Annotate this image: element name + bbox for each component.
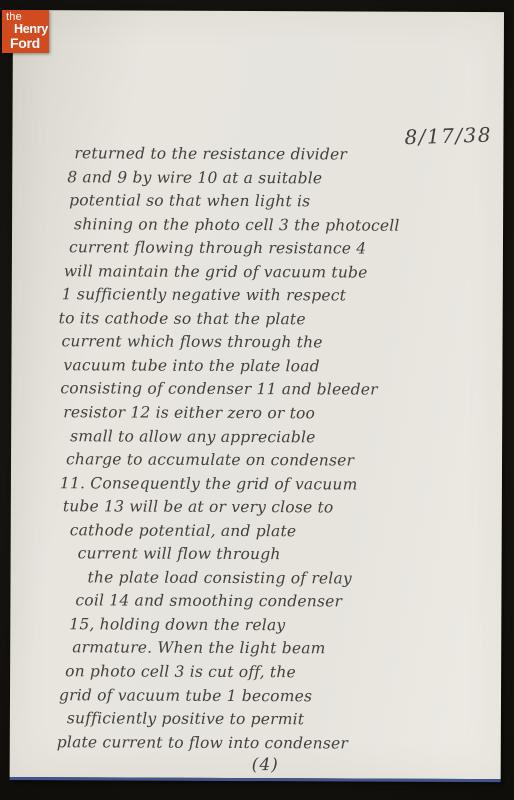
- handwriting-line: on photo cell 3 is cut off, the: [65, 660, 504, 685]
- handwriting-line: returned to the resistance divider: [74, 142, 506, 167]
- page-number: (4): [252, 755, 279, 775]
- handwriting-line: 15, holding down the relay: [69, 613, 504, 638]
- handwriting-line: current which flows through the: [61, 331, 505, 356]
- handwriting-line: charge to accumulate on condenser: [66, 448, 505, 473]
- handwriting-line: current flowing through resistance 4: [69, 236, 506, 261]
- handwriting-line: shining on the photo cell 3 the photocel…: [74, 213, 506, 238]
- handwriting-line: sufficiently positive to permit: [67, 707, 504, 732]
- handwriting-line: resistor 12 is either zero or too: [63, 401, 505, 426]
- scanned-paper: 8/17/38 returned to the resistance divid…: [10, 10, 504, 782]
- handwriting-line: vacuum tube into the plate load: [63, 354, 505, 379]
- handwritten-text-block: returned to the resistance divider 8 and…: [57, 142, 507, 756]
- handwriting-line: cathode potential, and plate: [70, 519, 505, 544]
- handwriting-line: consisting of condenser 11 and bleeder: [60, 378, 505, 403]
- handwriting-line: grid of vacuum tube 1 becomes: [59, 684, 504, 709]
- handwriting-line: tube 13 will be at or very close to: [63, 495, 505, 520]
- handwriting-line: coil 14 and smoothing condenser: [75, 590, 504, 615]
- handwriting-line: 11. Consequently the grid of vacuum: [60, 472, 505, 497]
- handwriting-line: potential so that when light is: [69, 189, 506, 214]
- henry-ford-logo: the Henry Ford: [2, 10, 49, 53]
- handwriting-line: small to allow any appreciable: [70, 425, 505, 450]
- logo-word-ford: Ford: [10, 35, 40, 51]
- handwriting-line: armature. When the light beam: [72, 637, 504, 662]
- handwriting-line: plate current to flow into condenser: [57, 731, 504, 756]
- logo-word-henry: Henry: [14, 22, 48, 36]
- handwriting-line: the plate load consisting of relay: [87, 566, 504, 591]
- handwriting-line: will maintain the grid of vacuum tube: [64, 260, 506, 285]
- handwriting-line: 1 sufficiently negative with respect: [62, 283, 506, 308]
- handwriting-line: current will flow through: [78, 543, 505, 568]
- handwriting-line: 8 and 9 by wire 10 at a suitable: [67, 166, 506, 191]
- handwriting-line: to its cathode so that the plate: [59, 307, 506, 332]
